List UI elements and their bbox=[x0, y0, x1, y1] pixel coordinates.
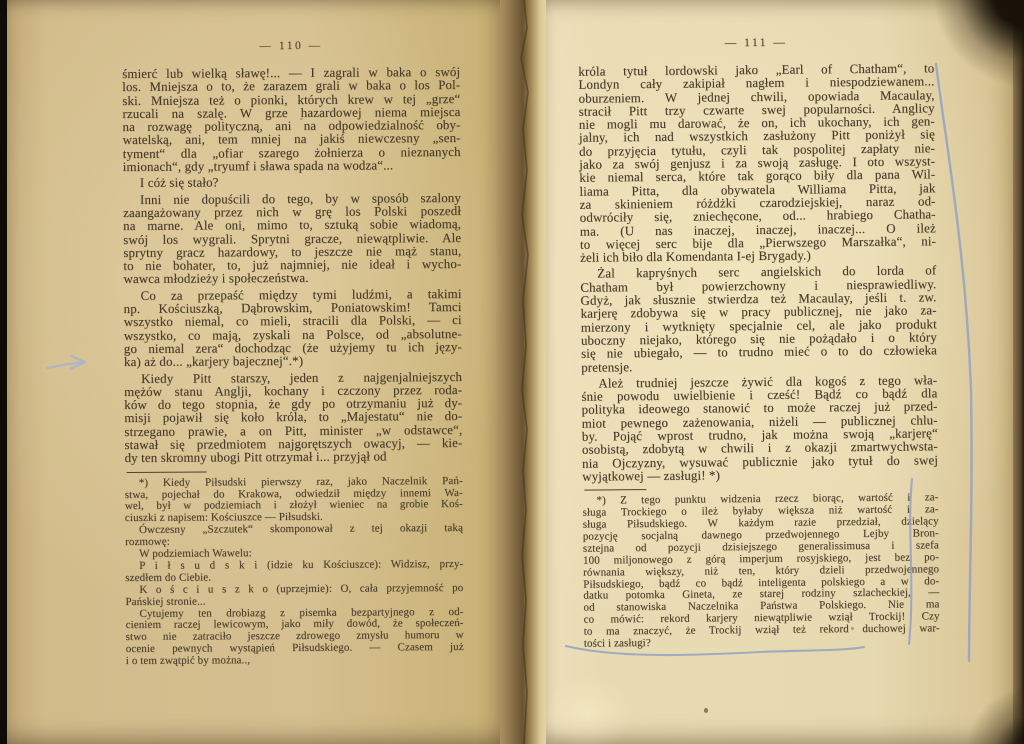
page-110-footnote-rule bbox=[127, 471, 207, 472]
text-line: K o ś c i u s z k o (uprzejmie): O, cała… bbox=[125, 583, 463, 597]
paragraph: Inni nie dopuścili do tego, by w sposób … bbox=[123, 192, 462, 287]
paper-speck bbox=[704, 708, 708, 713]
page-110-column: — 110 — śmierć lub wielką sławę!... — I … bbox=[122, 39, 464, 668]
text-line: żeli ich biło dla Komendanta I-ej Brygad… bbox=[580, 248, 936, 265]
paragraph: Ówczesny „Szczutek“ skomponował z tej ok… bbox=[125, 523, 463, 549]
text-line: ka) aż do... „karjery bajecznej“.*) bbox=[124, 354, 462, 369]
page-111-footnote-rule bbox=[584, 489, 646, 491]
paragraph: *) Kiedy Piłsudski pierwszy raz, jako Na… bbox=[125, 476, 463, 526]
text-line: wawca młodzieży i społeczeństwa. bbox=[123, 271, 461, 286]
right-page-edge-shadow bbox=[1013, 0, 1024, 744]
paragraph: Żal kapryśnych serc angielskich do lorda… bbox=[580, 265, 937, 375]
paragraph: P i ł s u d s k i (idzie ku Kościuszce):… bbox=[125, 559, 463, 585]
paragraph: *) Z tego punktu widzenia rzecz biorąc, … bbox=[582, 492, 939, 650]
paragraph: śmierć lub wielką sławę!... — I zagrali … bbox=[122, 66, 461, 174]
paragraph: Ależ trudniej jeszcze żywić dla kogoś z … bbox=[581, 374, 938, 484]
page-110-body-text: śmierć lub wielką sławę!... — I zagrali … bbox=[122, 66, 462, 466]
bottom-gutter-crease-highlight bbox=[540, 668, 660, 744]
paragraph: I cóż się stało? bbox=[123, 175, 461, 190]
page-111-footnote-text: *) Z tego punktu widzenia rzecz biorąc, … bbox=[582, 492, 939, 650]
page-111-body-text: króla tytuł lordowski jako „Earl of Chat… bbox=[578, 62, 938, 484]
bottom-right-corner-shadow bbox=[934, 674, 1024, 744]
paragraph: Kiedy Pitt starszy, jeden z najgenjalnie… bbox=[124, 370, 463, 465]
page-111-number: — 111 — bbox=[578, 35, 934, 50]
text-line: i o tem zwątpić by można.., bbox=[126, 654, 464, 668]
paragraph: króla tytuł lordowski jako „Earl of Chat… bbox=[578, 62, 936, 265]
book-gutter bbox=[500, 0, 546, 744]
book-scan: — 110 — śmierć lub wielką sławę!... — I … bbox=[0, 0, 1024, 744]
text-line: imionach“, gdy „tryumf i sława spada na … bbox=[123, 159, 461, 174]
text-line: dy ten skromny ubogi Pitt otrzymał i... … bbox=[125, 450, 463, 465]
text-line: I cóż się stało? bbox=[123, 175, 461, 190]
page-110-number: — 110 — bbox=[122, 39, 460, 53]
paragraph: Cytujemy ten drobiazg z pisemka bezparty… bbox=[125, 607, 463, 669]
page-111-column: — 111 — króla tytuł lordowski jako „Earl… bbox=[578, 35, 940, 650]
text-line: Ówczesny „Szczutek“ skomponował z tej ok… bbox=[125, 523, 463, 537]
text-line: wyjątkowej — zasługi! *) bbox=[582, 467, 938, 484]
paragraph: K o ś c i u s z k o (uprzejmie): O, cała… bbox=[125, 583, 463, 609]
page-110-footnote-text: *) Kiedy Piłsudski pierwszy raz, jako Na… bbox=[125, 476, 464, 669]
paragraph: Co za przepaść między tymi ludźmi, a tak… bbox=[124, 288, 462, 370]
